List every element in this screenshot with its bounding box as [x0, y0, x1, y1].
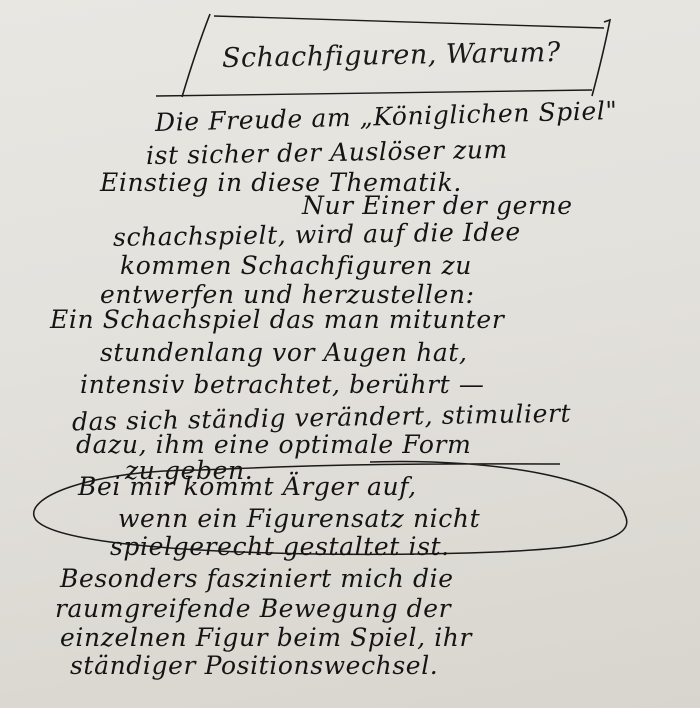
text-line: Besonders fasziniert mich die — [60, 566, 454, 591]
text-line: ist sicher der Auslöser zum — [146, 137, 508, 168]
text-line: Nur Einer der gerne — [302, 193, 573, 218]
text-line: ständiger Positionswechsel. — [70, 653, 438, 678]
circled-text-line: wenn ein Figurensatz nicht — [118, 506, 480, 531]
text-line: dazu, ihm eine optimale Form — [76, 432, 471, 457]
circled-text-line: Bei mir kommt Ärger auf, — [78, 474, 417, 499]
text-line: entwerfen und herzustellen: — [100, 282, 475, 307]
text-line: kommen Schachfiguren zu — [120, 253, 472, 278]
text-line: raumgreifende Bewegung der — [55, 596, 451, 621]
text-line: intensiv betrachtet, berührt — — [80, 372, 484, 397]
text-line: Ein Schachspiel das man mitunter — [50, 307, 504, 332]
text-line: stundenlang vor Augen hat, — [100, 340, 468, 365]
circled-text-line: spielgerecht gestaltet ist. — [110, 534, 450, 559]
page-title: Schachfiguren, Warum? — [222, 37, 561, 74]
handwritten-page: Schachfiguren, Warum? Die Freude am „Kön… — [0, 0, 700, 708]
text-line: schachspielt, wird auf die Idee — [113, 219, 521, 250]
text-line: einzelnen Figur beim Spiel, ihr — [60, 625, 472, 650]
